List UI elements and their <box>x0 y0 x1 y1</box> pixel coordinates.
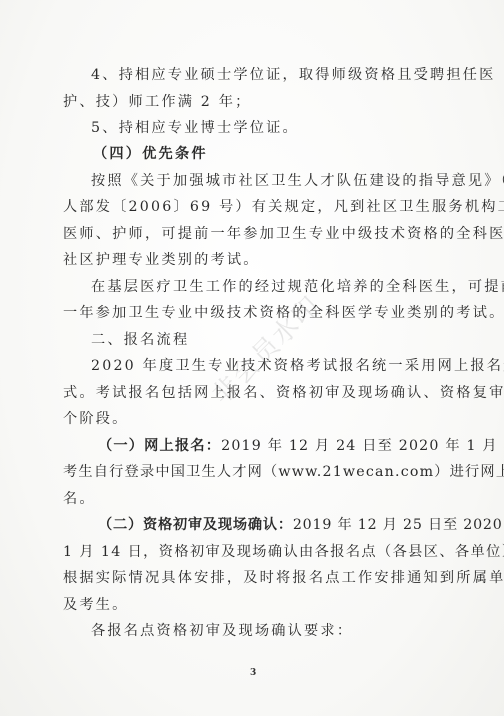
text-line: 护、技）师工作满 2 年； <box>63 93 445 111</box>
text-line: 人部发〔2006〕69 号）有关规定，凡到社区卫生服务机构工作的 <box>63 198 445 216</box>
text-line: 各报名点资格初审及现场确认要求： <box>91 622 445 640</box>
section-heading: 二、报名流程 <box>91 331 445 349</box>
text-line: 在基层医疗卫生工作的经过规范化培养的全科医生，可提前 <box>91 278 445 296</box>
text-line: 5、持相应专业博士学位证。 <box>91 119 445 137</box>
text-line: 名。 <box>63 490 445 508</box>
text-line: 个阶段。 <box>63 410 445 428</box>
text-line: 社区护理专业类别的考试。 <box>63 251 445 269</box>
text-line: 按照《关于加强城市社区卫生人才队伍建设的指导意见》（国 <box>91 172 445 190</box>
text-line: （二）资格初审及现场确认：2019 年 12 月 25 日至 2020 年 <box>98 516 445 534</box>
text-line: （一）网上报名：2019 年 12 月 24 日至 2020 年 1 月 13 … <box>98 437 445 455</box>
text-line: 一年参加卫生专业中级技术资格的全科医学专业类别的考试。 <box>63 304 445 322</box>
text-line: 医师、护师，可提前一年参加卫生专业中级技术资格的全科医学、 <box>63 225 445 243</box>
text-line: 根据实际情况具体安排，及时将报名点工作安排通知到所属单位 <box>63 569 445 587</box>
document-page: 非会员水印 4、持相应专业硕士学位证，取得师级资格且受聘担任医（药、 护、技）师… <box>0 0 504 716</box>
text-line: 2020 年度卫生专业技术资格考试报名统一采用网上报名形 <box>91 357 445 375</box>
text-line: 1 月 14 日，资格初审及现场确认由各报名点（各县区、各单位） <box>63 543 445 561</box>
section-heading: （四）优先条件 <box>93 145 447 163</box>
text-line: 4、持相应专业硕士学位证，取得师级资格且受聘担任医（药、 <box>91 66 445 84</box>
page-number: 3 <box>250 668 256 678</box>
text-line: 考生自行登录中国卫生人才网（www.21wecan.com）进行网上报 <box>63 463 445 481</box>
text-line: 及考生。 <box>63 596 445 614</box>
text-line: 式。考试报名包括网上报名、资格初审及现场确认、资格复审三 <box>63 384 445 402</box>
